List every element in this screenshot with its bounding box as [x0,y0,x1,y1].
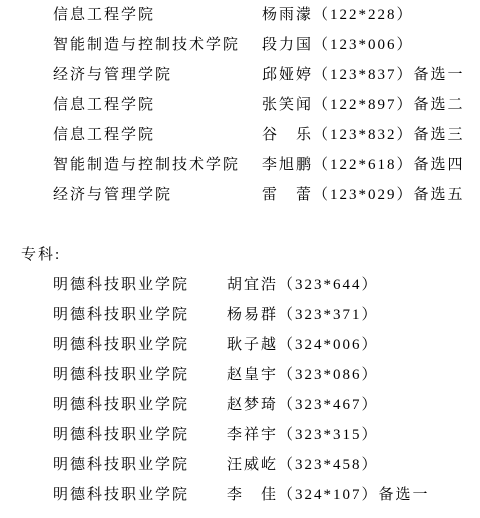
student-name: 李祥宇 [227,427,278,443]
student-code: （324*006） [278,337,379,353]
student-code: （324*107） [278,487,379,503]
student-name: 汪威屹 [227,457,278,473]
college-name: 明德科技职业学院 [53,360,227,390]
student-name: 谷 乐 [262,127,313,143]
student-name: 张笑闻 [262,97,313,113]
zhuanke-heading: 专科: [0,240,480,270]
student-code: （122*618） [313,157,414,173]
college-name: 经济与管理学院 [53,60,262,90]
admission-row: 明德科技职业学院 汪威屹（323*458） [0,450,480,480]
student-name: 邱娅婷 [262,67,313,83]
college-name: 信息工程学院 [53,120,262,150]
student-name: 赵皇宇 [227,367,278,383]
student-code: （323*644） [278,277,379,293]
admission-row: 信息工程学院 谷 乐（123*832）备选三 [0,120,480,150]
admission-row: 经济与管理学院 邱娅婷（123*837）备选一 [0,60,480,90]
backup-label: 备选五 [414,187,465,203]
student-name: 杨雨濛 [262,7,313,23]
student-name: 雷 蕾 [262,187,313,203]
student-name: 段力国 [262,37,313,53]
admission-row: 明德科技职业学院 胡宜浩（323*644） [0,270,480,300]
admission-row: 信息工程学院 张笑闻（122*897）备选二 [0,90,480,120]
student-name: 李 佳 [227,487,278,503]
college-name: 明德科技职业学院 [53,390,227,420]
college-name: 明德科技职业学院 [53,300,227,330]
zhuanke-section: 明德科技职业学院 胡宜浩（323*644） 明德科技职业学院 杨易群（323*3… [0,270,480,510]
admission-row: 智能制造与控制技术学院 李旭鹏（122*618）备选四 [0,150,480,180]
student-name: 耿子越 [227,337,278,353]
admission-row: 信息工程学院 杨雨濛（122*228） [0,0,480,30]
admission-row: 明德科技职业学院 赵皇宇（323*086） [0,360,480,390]
college-name: 经济与管理学院 [53,180,262,210]
backup-label: 备选四 [414,157,465,173]
admission-list-document: 信息工程学院 杨雨濛（122*228） 智能制造与控制技术学院 段力国（123*… [0,0,480,518]
admission-row: 明德科技职业学院 耿子越（324*006） [0,330,480,360]
student-name: 李旭鹏 [262,157,313,173]
undergrad-section: 信息工程学院 杨雨濛（122*228） 智能制造与控制技术学院 段力国（123*… [0,0,480,210]
student-name: 胡宜浩 [227,277,278,293]
backup-label: 备选一 [379,487,430,503]
student-code: （323*315） [278,427,379,443]
college-name: 信息工程学院 [53,0,262,30]
backup-label: 备选一 [414,67,465,83]
student-name: 杨易群 [227,307,278,323]
student-code: （323*467） [278,397,379,413]
college-name: 信息工程学院 [53,90,262,120]
admission-row: 明德科技职业学院 李 佳（324*107）备选一 [0,480,480,510]
college-name: 明德科技职业学院 [53,420,227,450]
backup-label: 备选三 [414,127,465,143]
college-name: 明德科技职业学院 [53,330,227,360]
admission-row: 明德科技职业学院 杨易群（323*371） [0,300,480,330]
student-code: （123*832） [313,127,414,143]
college-name: 明德科技职业学院 [53,480,227,510]
college-name: 智能制造与控制技术学院 [53,30,262,60]
student-code: （323*371） [278,307,379,323]
admission-row: 明德科技职业学院 赵梦琦（323*467） [0,390,480,420]
college-name: 明德科技职业学院 [53,450,227,480]
admission-row: 经济与管理学院 雷 蕾（123*029）备选五 [0,180,480,210]
student-code: （122*228） [313,7,414,23]
student-code: （122*897） [313,97,414,113]
student-code: （123*837） [313,67,414,83]
college-name: 智能制造与控制技术学院 [53,150,262,180]
student-name: 赵梦琦 [227,397,278,413]
student-code: （323*458） [278,457,379,473]
admission-row: 智能制造与控制技术学院 段力国（123*006） [0,30,480,60]
admission-row: 明德科技职业学院 李祥宇（323*315） [0,420,480,450]
student-code: （323*086） [278,367,379,383]
backup-label: 备选二 [414,97,465,113]
student-code: （123*029） [313,187,414,203]
student-code: （123*006） [313,37,414,53]
college-name: 明德科技职业学院 [53,270,227,300]
